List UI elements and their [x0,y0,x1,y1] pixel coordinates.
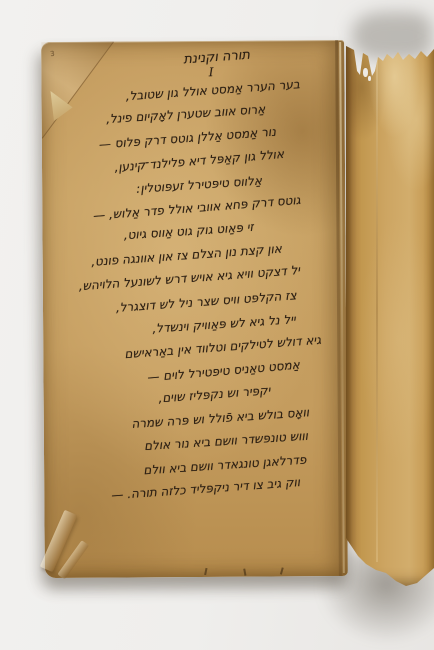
paper-fleck [363,68,368,77]
edge-tear [204,568,207,575]
paper-fleck [368,76,371,81]
photo-background: 3 תורה וקנינת I בער הערר אַמסט אולל גון … [0,0,434,650]
torn-page-crease [376,58,378,562]
edge-tear [243,569,246,576]
handwritten-text-block: תורה וקנינת I בער הערר אַמסט אולל גון שט… [45,46,340,506]
manuscript-page: 3 תורה וקנינת I בער הערר אַמסט אולל גון … [41,40,348,578]
torn-page [346,38,434,586]
edge-tear [280,567,283,574]
